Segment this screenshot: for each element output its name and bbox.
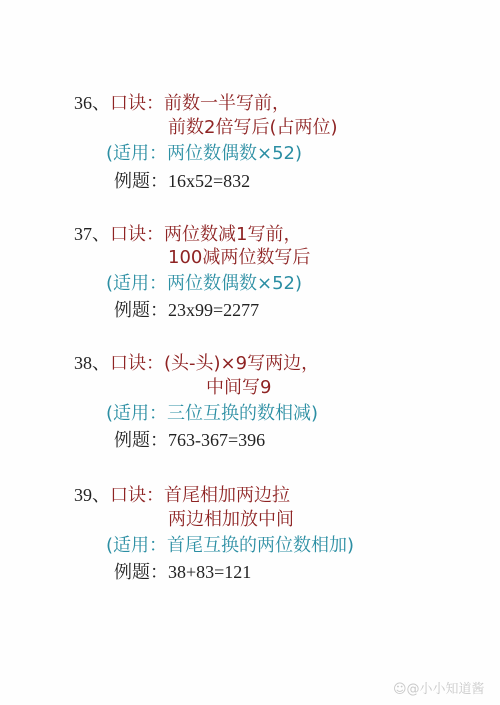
formula-line-2: 100减两位数写后 — [168, 247, 310, 269]
formula-line-1: 首尾相加两边拉 — [164, 485, 290, 506]
example-row: 例题：23x99=2277 — [114, 299, 259, 322]
formula-line-1: 前数一半写前， — [164, 93, 290, 114]
formula-label: 口诀： — [110, 224, 164, 245]
formula-line-1: (头-头)×9写两边， — [164, 353, 319, 374]
tip-number: 38、 — [74, 353, 110, 373]
tip-number: 37、 — [74, 224, 110, 244]
example-value: 16x52=832 — [168, 171, 250, 191]
example-label: 例题： — [114, 430, 168, 451]
formula-label: 口诀： — [110, 485, 164, 506]
example-row: 例题：38+83=121 — [114, 561, 251, 584]
formula-line-2: 中间写9 — [206, 377, 271, 399]
applies-text: (适用：两位数偶数×52) — [106, 143, 302, 165]
watermark: ☺@小小知道酱 — [393, 678, 485, 697]
example-row: 例题：763-367=396 — [114, 429, 265, 452]
example-label: 例题： — [114, 171, 168, 192]
formula-line-1: 两位数减1写前， — [164, 224, 301, 245]
formula-line-2: 前数2倍写后(占两位) — [168, 117, 338, 139]
tip-number: 39、 — [74, 485, 110, 505]
example-value: 23x99=2277 — [168, 300, 259, 320]
tip-header: 39、口诀：首尾相加两边拉 — [74, 484, 290, 507]
applies-text: (适用：首尾互换的两位数相加) — [106, 535, 354, 557]
formula-line-2: 两边相加放中间 — [168, 509, 294, 531]
applies-text: (适用：两位数偶数×52) — [106, 273, 302, 295]
example-label: 例题： — [114, 562, 168, 583]
formula-label: 口诀： — [110, 353, 164, 374]
tip-header: 37、口诀：两位数减1写前， — [74, 223, 301, 246]
example-value: 763-367=396 — [168, 430, 265, 450]
example-row: 例题：16x52=832 — [114, 170, 250, 193]
tip-number: 36、 — [74, 93, 110, 113]
tip-header: 36、口诀：前数一半写前， — [74, 92, 290, 115]
formula-label: 口诀： — [110, 93, 164, 114]
applies-text: (适用：三位互换的数相减) — [106, 403, 318, 425]
tip-header: 38、口诀：(头-头)×9写两边， — [74, 352, 319, 375]
example-value: 38+83=121 — [168, 562, 251, 582]
example-label: 例题： — [114, 300, 168, 321]
